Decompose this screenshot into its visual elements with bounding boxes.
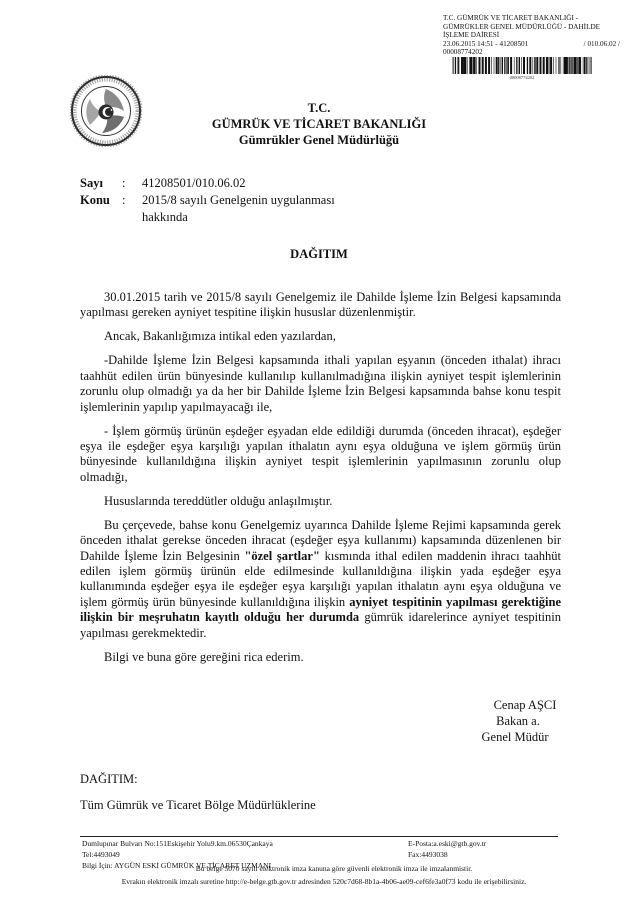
footer-contact-right: E-Posta:a.eski@gtb.gov.tr Fax:4493038 [408,838,486,860]
header-tc: T.C. [130,101,508,116]
signatory-title: Genel Müdür [463,729,573,745]
distribution-recipient: Tüm Gümrük ve Ticaret Bölge Müdürlükleri… [80,798,316,813]
distribution-label: DAĞITIM: [80,772,138,787]
sayi-value: 41208501/010.06.02 [142,175,335,192]
paragraph-6: Bu çerçevede, bahse konu Genelgemiz uyar… [80,518,561,641]
barcode-icon [452,57,592,74]
barcode-caption: 00008774202 [452,75,592,80]
paragraph-1: 30.01.2015 tarih ve 2015/8 sayılı Genelg… [80,290,561,321]
stamp-datetime-ref: 23.06.2015 14:51 - 41208501 [443,40,528,49]
stamp-line-3: İŞLEME DAİRESİ [443,31,628,40]
paragraph-6-bold-1: "özel şartlar" [244,549,319,563]
header-ministry: GÜMRÜK VE TİCARET BAKANLIĞI [130,117,508,132]
paragraph-4: - İşlem görmüş ürünün eşdeğer eşyadan el… [80,424,561,486]
paragraph-7: Bilgi ve buna göre gereğini rica ederim. [80,650,561,665]
sayi-colon: : [122,175,142,192]
footer-address: Dumlupınar Bulvarı No:151Eskişehir Yolu9… [82,838,273,849]
stamp-line-2: GÜMRÜKLER GENEL MÜDÜRLÜĞÜ - DAHİLDE [443,23,628,32]
konu-label: Konu [80,192,122,226]
signatory-name: Cenap AŞCI [463,697,573,713]
letter-body: 30.01.2015 tarih ve 2015/8 sayılı Genelg… [80,290,561,674]
konu-value: 2015/8 sayılı Genelgenin uygulanması hak… [142,192,335,226]
signature-block: Cenap AŞCI Bakan a. Genel Müdür [463,697,573,745]
konu-value-line-2: hakkında [142,209,335,226]
document-stamp: T.C. GÜMRÜK VE TİCARET BAKANLIĞI - GÜMRÜ… [443,14,628,57]
sayi-label: Sayı [80,175,122,192]
paragraph-5: Hususlarında tereddütler olduğu anlaşılm… [80,494,561,509]
header-directorate: Gümrükler Genel Müdürlüğü [130,133,508,148]
footer-divider [80,836,558,837]
paragraph-3: -Dahilde İşleme İzin Belgesi kapsamında … [80,353,561,415]
footer-fax: Fax:4493038 [408,849,486,860]
konu-value-line-1: 2015/8 sayılı Genelgenin uygulanması [142,192,335,209]
footer-tel: Tel:4493049 [82,849,273,860]
stamp-file-code: / 010.06.02 / [584,40,628,49]
konu-colon: : [122,192,142,226]
distribution-title: DAĞITIM [0,247,638,262]
footer-esign-notice: Bu belge 5070 sayili elektronik imza kan… [0,864,638,873]
document-meta: Sayı : 41208501/010.06.02 Konu : 2015/8 … [80,175,335,226]
footer-email[interactable]: E-Posta:a.eski@gtb.gov.tr [408,838,486,849]
stamp-line-1: T.C. GÜMRÜK VE TİCARET BAKANLIĞI - [443,14,628,23]
paragraph-2: Ancak, Bakanlığımıza intikal eden yazıla… [80,329,561,344]
footer-verification-link[interactable]: Evrakın elektronik imzalı suretine http:… [0,877,638,886]
stamp-doc-number: 00008774202 [443,48,628,57]
stamp-ref-row: 23.06.2015 14:51 - 41208501 / 010.06.02 … [443,40,628,49]
signatory-on-behalf: Bakan a. [463,713,573,729]
